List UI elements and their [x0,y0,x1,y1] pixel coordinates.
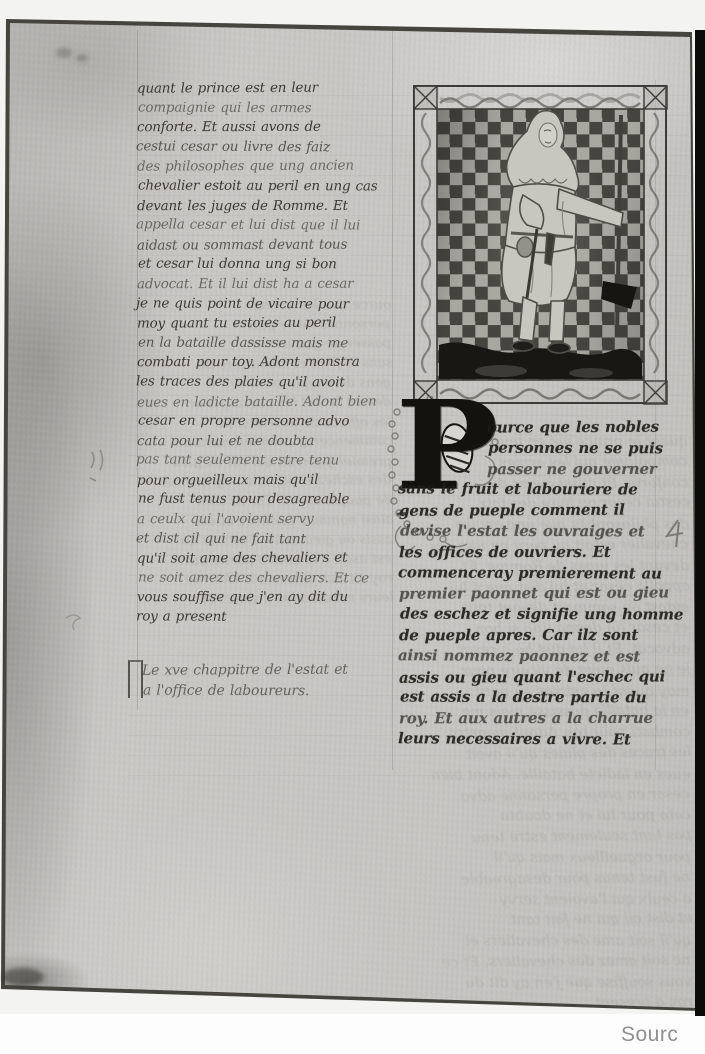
manuscript-text-line: je ne quis point de vicaire pour [136,294,394,315]
margin-squiggle [62,610,92,636]
chapter-heading-line: a l'office de laboureurs. [143,681,413,703]
manuscript-text-line: les traces des plaies qu'il avoit [136,372,394,393]
right-text-column: ource que les noblespersonnes ne se puis… [399,417,691,750]
manuscript-text-line: moy quant tu estoies au peril [137,313,395,334]
manuscript-text-line: personnes ne se puis [488,437,692,459]
manuscript-text-line: ne soit amez des chevaliers. Et ce [138,568,396,588]
laborer-figure [502,111,623,353]
manuscript-text-line: passer ne gouverner [487,458,691,479]
manuscript-text-line: eues en ladicte bataille. Adont bien [137,392,395,413]
manuscript-text-line: vous souffise que j'en ay dit du [137,588,395,608]
manuscript-text-line: des philosophes que ung ancien [137,157,395,178]
miniature-laborer-illustration [411,83,670,407]
manuscript-text-line: gens de pueple comment il [399,499,691,521]
manuscript-text-line: devant les juges de Romme. Et [137,196,395,216]
manuscript-text-line: cestui cesar ou livre des faiz [136,137,394,158]
manuscript-text-line: combati pour toy. Adont monstra [137,353,395,373]
erased-folio-mark [76,54,88,62]
manuscript-text-line: qu'il soit ame des chevaliers et [137,549,395,570]
manuscript-text-line: premier paonnet qui est ou gieu [399,583,691,605]
manuscript-text-line: pas tant seulement estre tenu [136,451,394,472]
manuscript-text-line: a ceulx qui l'avoient servy [137,510,395,530]
manuscript-text-line: ne fust tenus pour desagreable [138,490,396,510]
chapter-heading: Le xve chappitre de l'estat eta l'office… [142,660,412,702]
manuscript-text-line: aidast ou sommast devant tous [137,235,395,256]
manuscript-text-line: les offices de ouvriers. Et [399,542,691,563]
manuscript-text-line: et cesar lui donna ung si bon [138,255,396,275]
source-caption: Sourc [621,1023,678,1047]
corner-stain [2,968,44,986]
manuscript-text-line: devise l'estat les ouvraiges et [400,520,692,542]
margin-squiggle [86,446,112,486]
margin-mark [664,518,688,550]
manuscript-text-line: est assis a la destre partie du [400,687,692,709]
guide-initial-mark [128,660,143,698]
manuscript-text-line: roy a present [136,607,394,628]
manuscript-text-line: en la bataille dassisse mais me [138,333,396,353]
manuscript-text-line: assis ou gieu quant l'eschec qui [399,666,691,688]
manuscript-text-line: pour orgueilleux mais qu'il [137,470,395,491]
manuscript-text-line: sans le fruit et labouriere de [398,479,690,501]
left-text-column: quant le prince est en leurcompaignie qu… [137,79,395,628]
manuscript-text-line: roy. Et aux autres a la charrue [399,708,691,729]
manuscript-text-line: advocat. Et il lui dist ha a cesar [137,275,395,295]
photo-bottom-margin [0,1014,705,1054]
manuscript-text-line: quant le prince est en leur [137,78,395,99]
manuscript-text-line: leurs necessaires a vivre. Et [398,728,690,750]
paragraph-dash [396,510,410,518]
chapter-heading-line: Le xve chappitre de l'estat et [142,659,412,681]
manuscript-photo-page: ource que les noblespersonnes ne se puis… [0,0,705,1054]
manuscript-text-line: appella cesar et lui dist que il lui [136,215,394,236]
manuscript-text-line: cesar en propre personne advo [138,412,396,432]
manuscript-text-line: ource que les nobles [487,416,691,438]
belt-pouch [517,237,533,257]
manuscript-text-line: cata pour lui et ne doubta [137,431,395,451]
manuscript-text-line: ainsi nommez paonnez et est [398,645,690,667]
manuscript-text-line: compaignie qui les armes [138,98,396,118]
manuscript-text-line: de pueple apres. Car ilz sont [399,625,691,646]
manuscript-text-line: chevalier estoit au peril en ung cas [138,177,396,197]
manuscript-text-line: commenceray premierement au [398,562,690,584]
manuscript-text-line: et dist cil qui ne fait tant [136,529,394,550]
erased-folio-mark [56,48,72,58]
manuscript-text-line: conforte. Et aussi avons de [137,118,395,138]
photo-edge-black-strip [695,30,705,1016]
manuscript-text-line: des eschez et signifie ung homme [400,604,692,626]
